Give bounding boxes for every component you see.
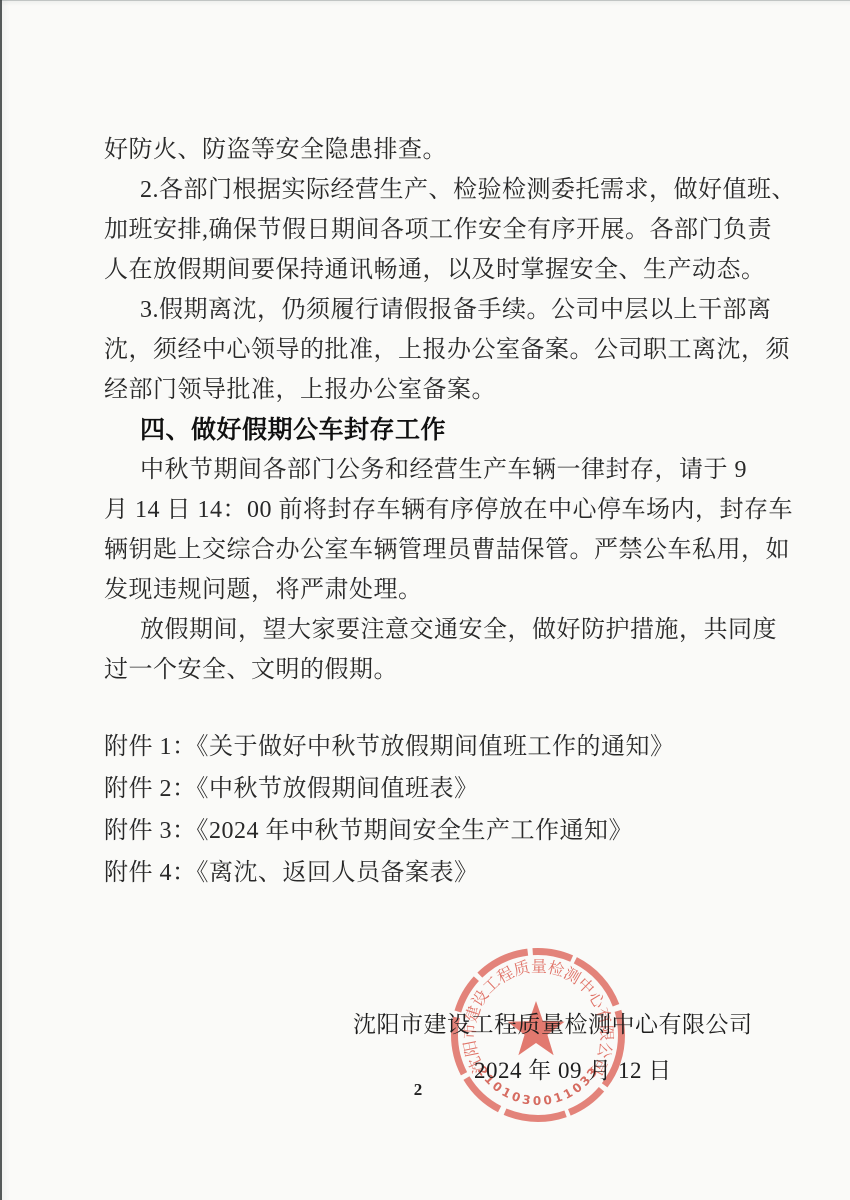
attachment-item: 附件 1：《关于做好中秋节放假期间值班工作的通知》 [104,726,784,768]
attachment-item: 附件 3：《2024 年中秋节期间安全生产工作通知》 [104,810,784,852]
body-line: 3.假期离沈，仍须履行请假报备手续。公司中层以上干部离 [104,290,784,330]
body-line: 辆钥匙上交综合办公室车辆管理员曹喆保管。严禁公车私用，如 [104,530,784,570]
scan-edge-top [0,0,850,1]
signature-company-name: 沈阳市建设工程质量检测中心有限公司 [353,1010,753,1040]
body-line: 发现违规问题，将严肃处理。 [104,570,784,610]
body-line: 好防火、防盗等安全隐患排查。 [104,130,784,170]
body-line: 放假期间，望大家要注意交通安全，做好防护措施，共同度 [104,610,784,650]
page-number: 2 [0,1080,836,1100]
body-line: 加班安排,确保节假日期间各项工作安全有序开展。各部门负责 [104,210,784,250]
attachment-list: 附件 1：《关于做好中秋节放假期间值班工作的通知》 附件 2：《中秋节放假期间值… [104,726,784,894]
document-body: 好防火、防盗等安全隐患排查。 2.各部门根据实际经营生产、检验检测委托需求，做好… [104,130,784,690]
body-line: 经部门领导批准，上报办公室备案。 [104,370,784,410]
scanned-document-page: 好防火、防盗等安全隐患排查。 2.各部门根据实际经营生产、检验检测委托需求，做好… [0,0,850,1200]
section-heading: 四、做好假期公车封存工作 [104,410,784,450]
body-line: 2.各部门根据实际经营生产、检验检测委托需求，做好值班、 [104,170,784,210]
body-line: 中秋节期间各部门公务和经营生产车辆一律封存，请于 9 [104,450,784,490]
scan-edge-left [0,0,2,1200]
attachment-item: 附件 2：《中秋节放假期间值班表》 [104,768,784,810]
body-line: 月 14 日 14：00 前将封存车辆有序停放在中心停车场内，封存车 [104,490,784,530]
body-line: 人在放假期间要保持通讯畅通，以及时掌握安全、生产动态。 [104,250,784,290]
body-line: 沈，须经中心领导的批准，上报办公室备案。公司职工离沈，须 [104,330,784,370]
attachment-item: 附件 4：《离沈、返回人员备案表》 [104,852,784,894]
body-line: 过一个安全、文明的假期。 [104,650,784,690]
